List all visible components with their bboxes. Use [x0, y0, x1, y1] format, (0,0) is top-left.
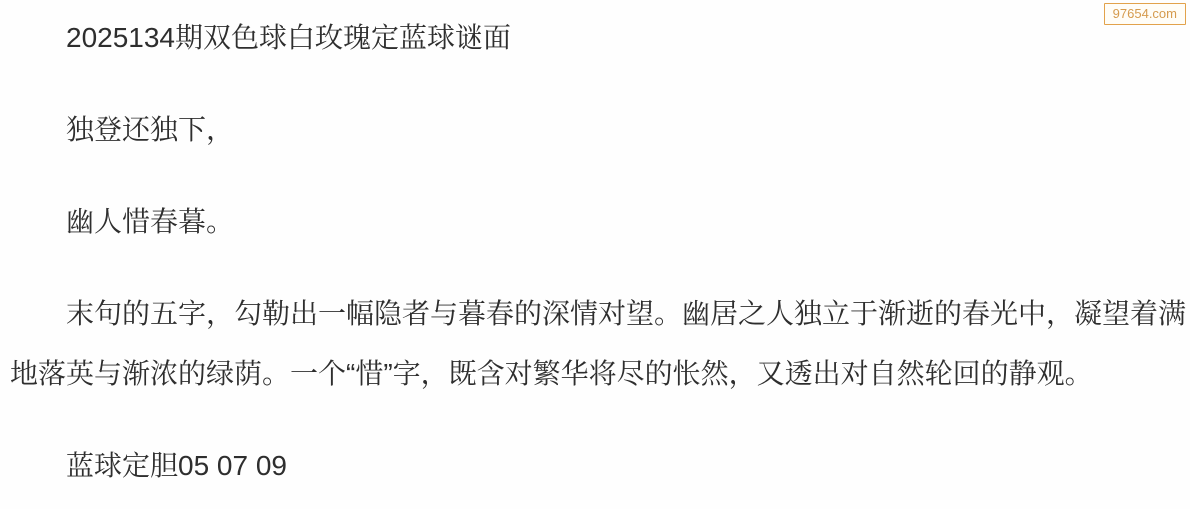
prediction-line: 蓝球定胆05 07 09 — [10, 436, 1188, 496]
watermark-badge: 97654.com — [1104, 3, 1186, 25]
poem-line-1: 独登还独下， — [10, 100, 1188, 160]
analysis-paragraph: 末句的五字，勾勒出一幅隐者与暮春的深情对望。幽居之人独立于渐逝的春光中，凝望着满… — [10, 284, 1188, 404]
article-title: 2025134期双色球白玫瑰定蓝球谜面 — [10, 8, 1188, 68]
poem-line-2: 幽人惜春暮。 — [10, 192, 1188, 252]
article: 2025134期双色球白玫瑰定蓝球谜面 独登还独下， 幽人惜春暮。 末句的五字，… — [0, 0, 1190, 496]
